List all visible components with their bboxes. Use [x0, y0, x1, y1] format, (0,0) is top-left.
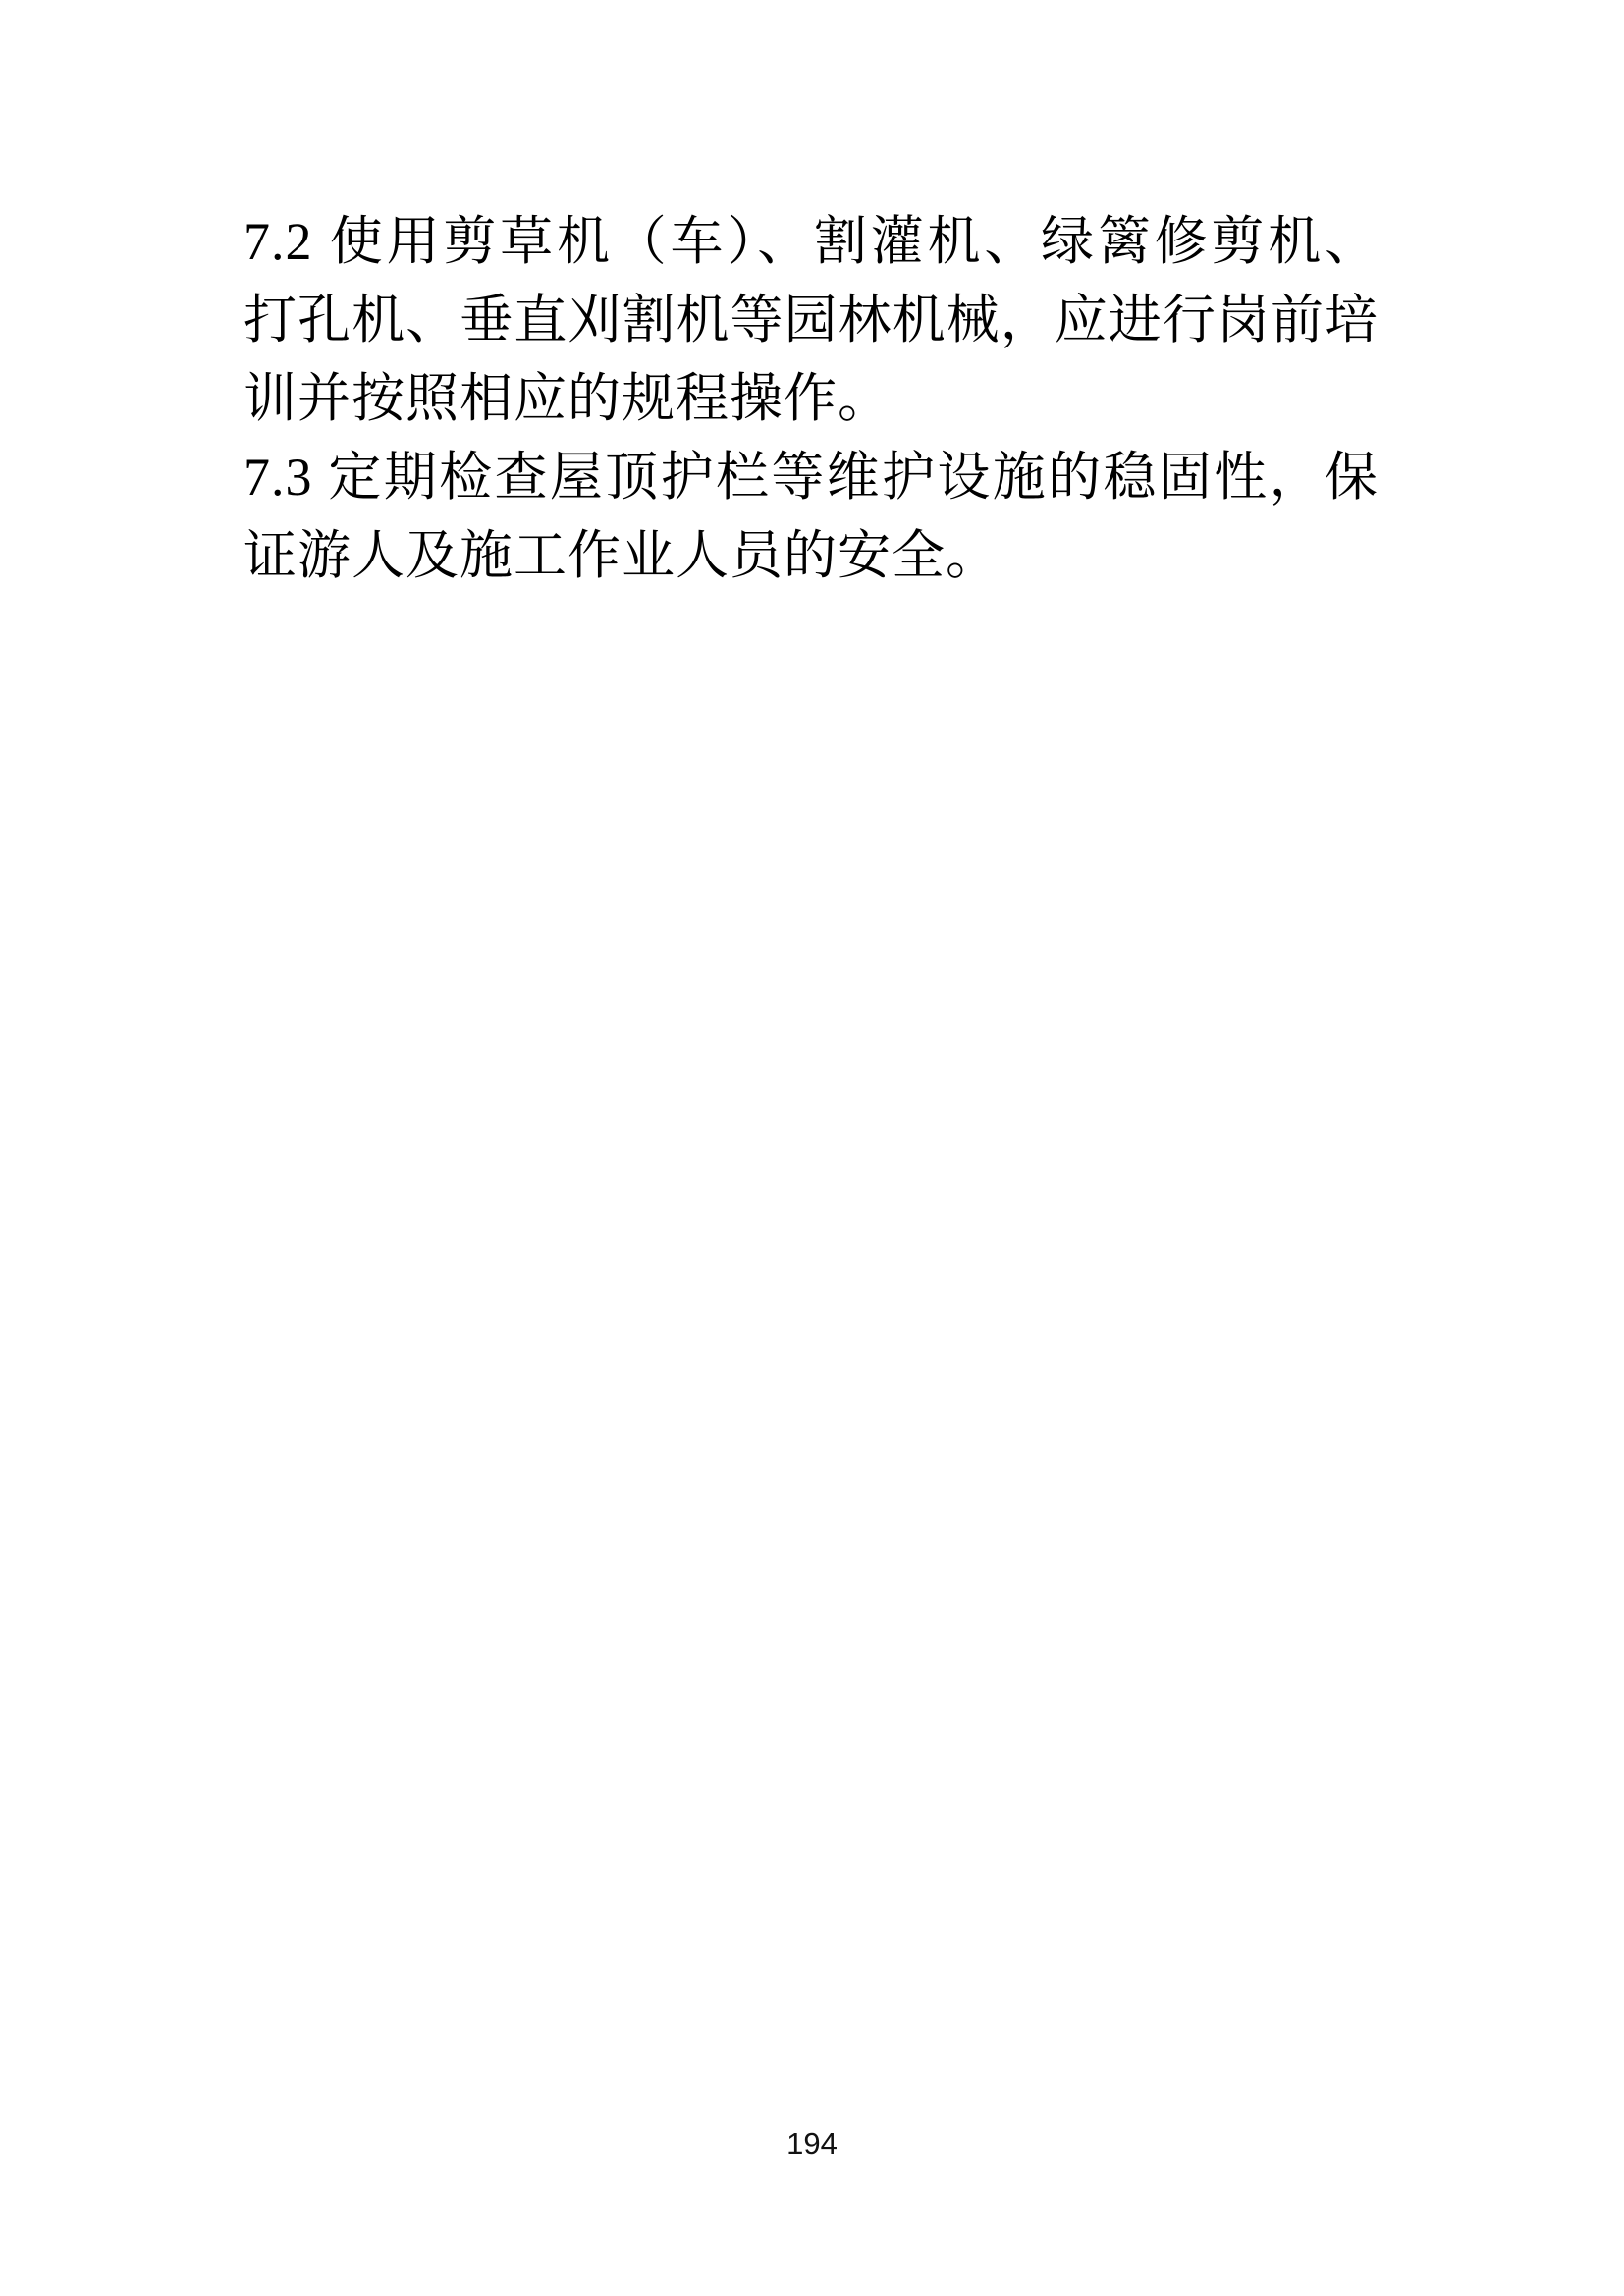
paragraph-7-2: 7.2 使用剪草机（车）、割灌机、绿篱修剪机、打孔机、垂直刈割机等园林机械，应进… — [244, 202, 1379, 438]
paragraph-7-3: 7.3 定期检查屋顶护栏等维护设施的稳固性，保证游人及施工作业人员的安全。 — [244, 438, 1379, 595]
page-number: 194 — [0, 2126, 1624, 2162]
page-body-text: 7.2 使用剪草机（车）、割灌机、绿篱修剪机、打孔机、垂直刈割机等园林机械，应进… — [244, 202, 1379, 595]
document-page: 7.2 使用剪草机（车）、割灌机、绿篱修剪机、打孔机、垂直刈割机等园林机械，应进… — [0, 0, 1624, 2296]
